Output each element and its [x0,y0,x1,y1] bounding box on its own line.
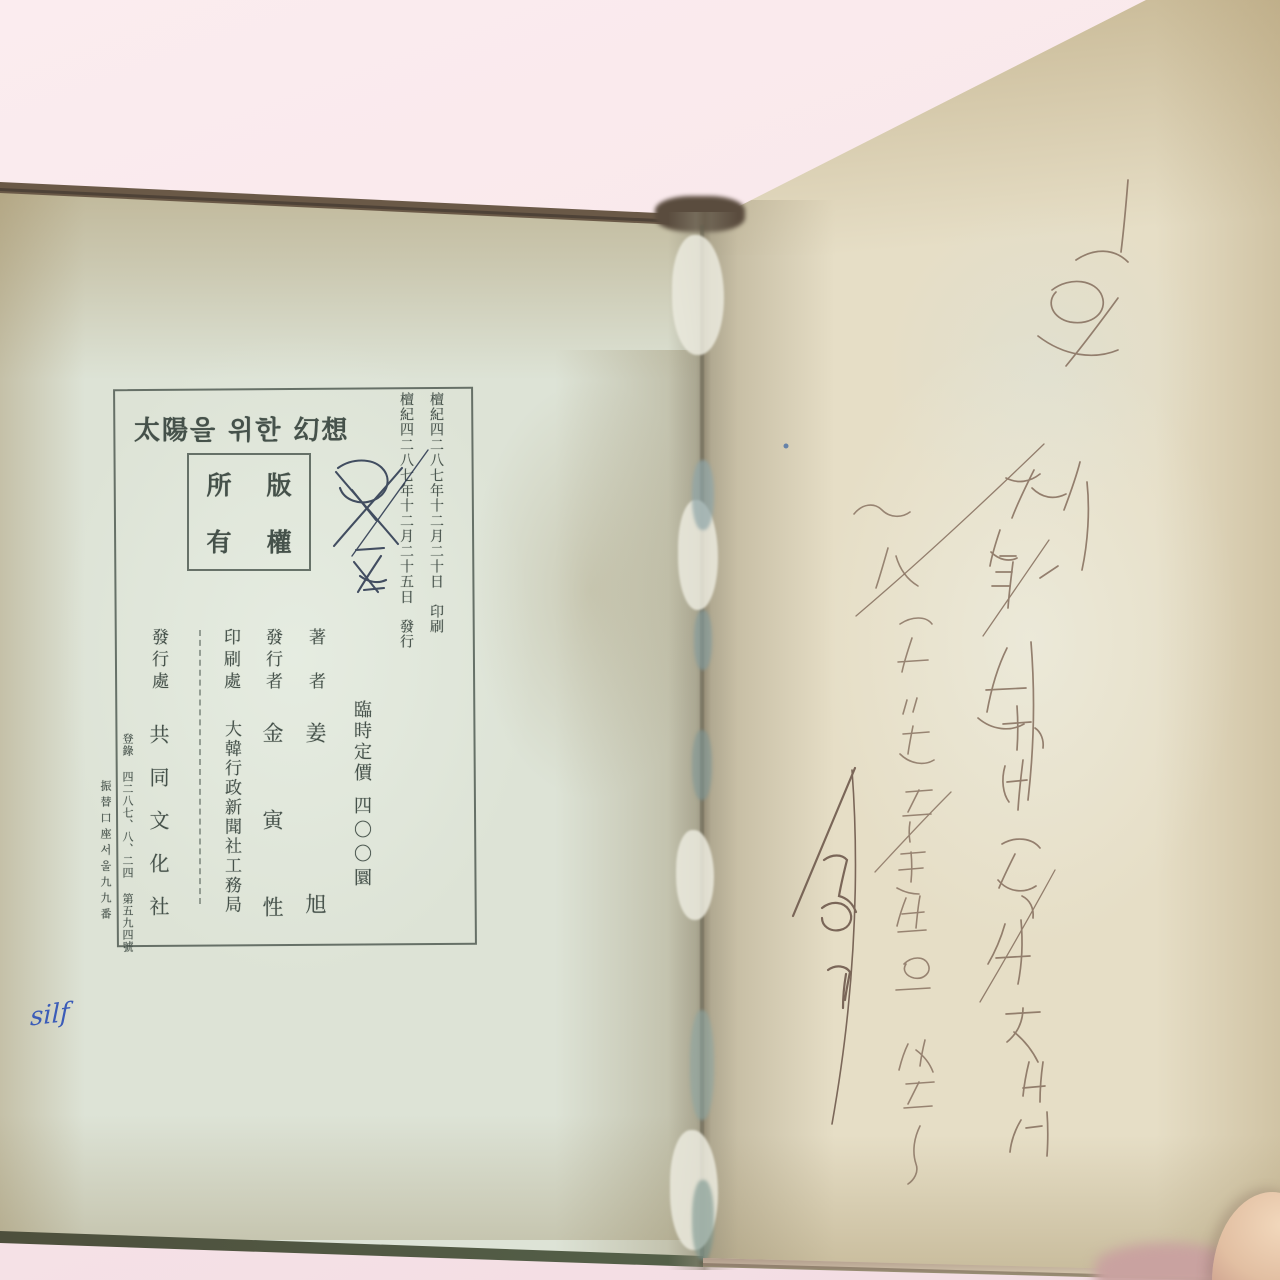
publisher-name: 金寅性 [261,722,282,983]
torn-paper-patch [676,830,714,920]
publisher-label: 發行者 [263,628,280,694]
left-page-bottom-stain [0,1115,710,1240]
left-page-left-stain [0,185,85,1240]
copyright-stamp-box: 所 版 有 權 [187,453,311,571]
printer-name: 大韓行政新聞社工務局 [222,720,239,915]
price-label: 臨時定價 [352,700,370,784]
registration-number: 登錄 四二八七、八、二四 第五九四號 [122,733,133,953]
stamp-char-pan: 版 [266,466,291,502]
blue-glue-stain [692,1180,714,1260]
price-value: 四〇〇圜 [352,796,370,892]
right-page-right-stain [1155,0,1280,1280]
print-date-column: 檀紀四二八七年十二月二十日 印刷 [429,392,443,634]
price-column: 臨時定價 四〇〇圜 [352,700,370,892]
colophon-dashed-divider [199,630,201,904]
stamp-char-so: 所 [206,466,231,502]
publish-date: 檀紀四二八七年十二月二十五日 [399,392,413,605]
author-name: 姜旭 [304,722,325,1064]
torn-paper-patch [672,235,724,355]
printer-label: 印刷處 [221,628,238,694]
giro-account: 振替口座서울九九番 [100,780,111,924]
print-date: 檀紀四二八七年十二月二十日 [429,392,443,590]
blue-glue-stain [692,730,712,800]
blue-glue-stain [690,1010,714,1120]
photo-of-open-book: 太陽을 위한 幻想 所 版 有 權 檀紀四二八七年十二月二十日 印刷 檀紀四二八… [0,0,1280,1280]
margin-note-silf: silf [30,997,70,1032]
stamp-char-gwon: 權 [266,523,291,559]
publishing-house-label: 發行處 [149,628,166,694]
right-page-cool-tinge [880,200,1210,530]
book-title: 太陽을 위한 幻想 [134,410,349,447]
right-page-light-wash [820,330,1240,950]
publishing-house-name: 共同文化社 [148,724,168,939]
print-date-suffix: 印刷 [429,604,443,634]
blue-glue-stain [694,610,712,670]
stamp-char-yu: 有 [206,523,231,559]
author-label: 著者 [306,628,323,716]
publish-date-suffix: 發行 [399,619,413,649]
blue-glue-stain [692,460,714,530]
publish-date-column: 檀紀四二八七年十二月二十五日 發行 [399,392,413,649]
